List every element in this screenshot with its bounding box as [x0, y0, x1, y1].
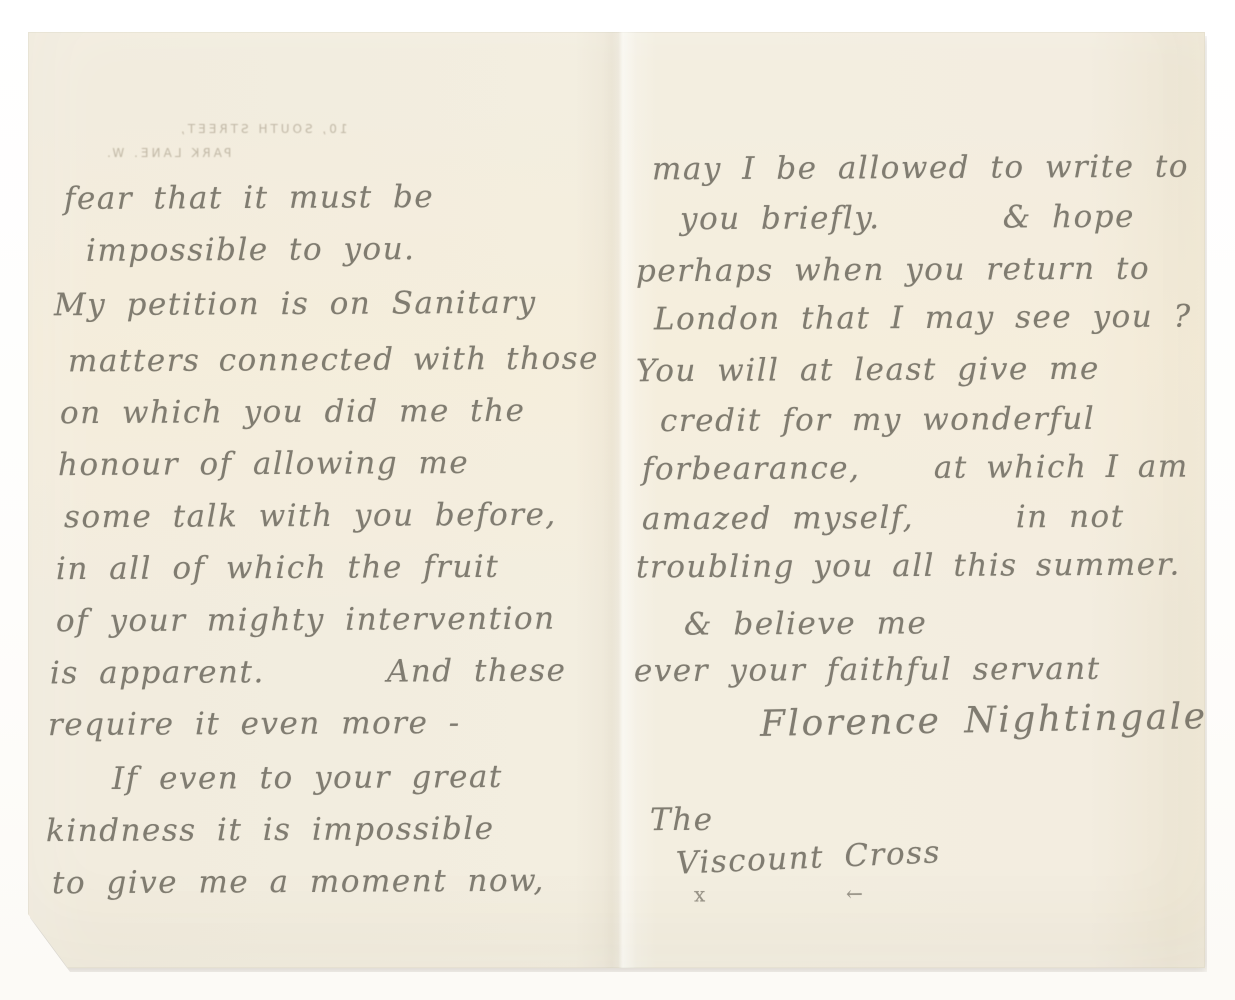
handwritten-line: You will at least give me — [636, 351, 1100, 389]
handwritten-line: require it even more - — [48, 705, 461, 743]
letterhead-bleedthrough-line2: PARK LANE. W. — [104, 146, 231, 160]
handwritten-line: fear that it must be — [64, 179, 434, 217]
handwritten-line: some talk with you before, — [64, 497, 557, 536]
handwritten-line: impossible to you. — [86, 231, 416, 269]
addressee-line: Viscount Cross — [675, 834, 941, 882]
annotation-marks: x ← — [694, 882, 865, 907]
handwritten-line: matters connected with those — [68, 341, 599, 380]
letterhead-bleedthrough-line1: 10, SOUTH STREET, — [178, 122, 348, 136]
handwritten-line: troubling you all this summer. — [636, 547, 1181, 586]
handwritten-line: may I be allowed to write to — [652, 149, 1189, 188]
letter-paper: 10, SOUTH STREET, PARK LANE. W. fear tha… — [28, 32, 1205, 968]
handwritten-line: & believe me — [684, 605, 927, 642]
center-fold-crease — [603, 32, 637, 968]
handwritten-line: is apparent. And these — [50, 653, 567, 692]
handwritten-line: My petition is on Sanitary — [54, 285, 537, 324]
handwritten-line: credit for my wonderful — [660, 401, 1095, 439]
letter-photograph: 10, SOUTH STREET, PARK LANE. W. fear tha… — [0, 0, 1235, 1000]
handwritten-line: If even to your great — [112, 759, 503, 797]
handwritten-line: you briefly. & hope — [680, 199, 1135, 237]
handwritten-line: to give me a moment now, — [52, 863, 545, 902]
handwritten-line: in all of which the fruit — [56, 549, 499, 587]
handwritten-line: kindness it is impossible — [46, 811, 495, 849]
addressee-line: The — [650, 802, 714, 838]
handwritten-line: London that I may see you ? — [654, 299, 1192, 338]
handwritten-line: honour of allowing me — [58, 445, 469, 483]
handwritten-line: amazed myself, in not — [642, 499, 1125, 538]
handwritten-line: perhaps when you return to — [636, 251, 1150, 290]
handwritten-line: ever your faithful servant — [634, 651, 1101, 689]
handwritten-line: on which you did me the — [60, 393, 526, 431]
handwritten-line: forbearance, at which I am — [642, 449, 1189, 488]
handwritten-line: of your mighty intervention — [56, 601, 556, 640]
signature-florence-nightingale: Florence Nightingale — [760, 696, 1208, 745]
